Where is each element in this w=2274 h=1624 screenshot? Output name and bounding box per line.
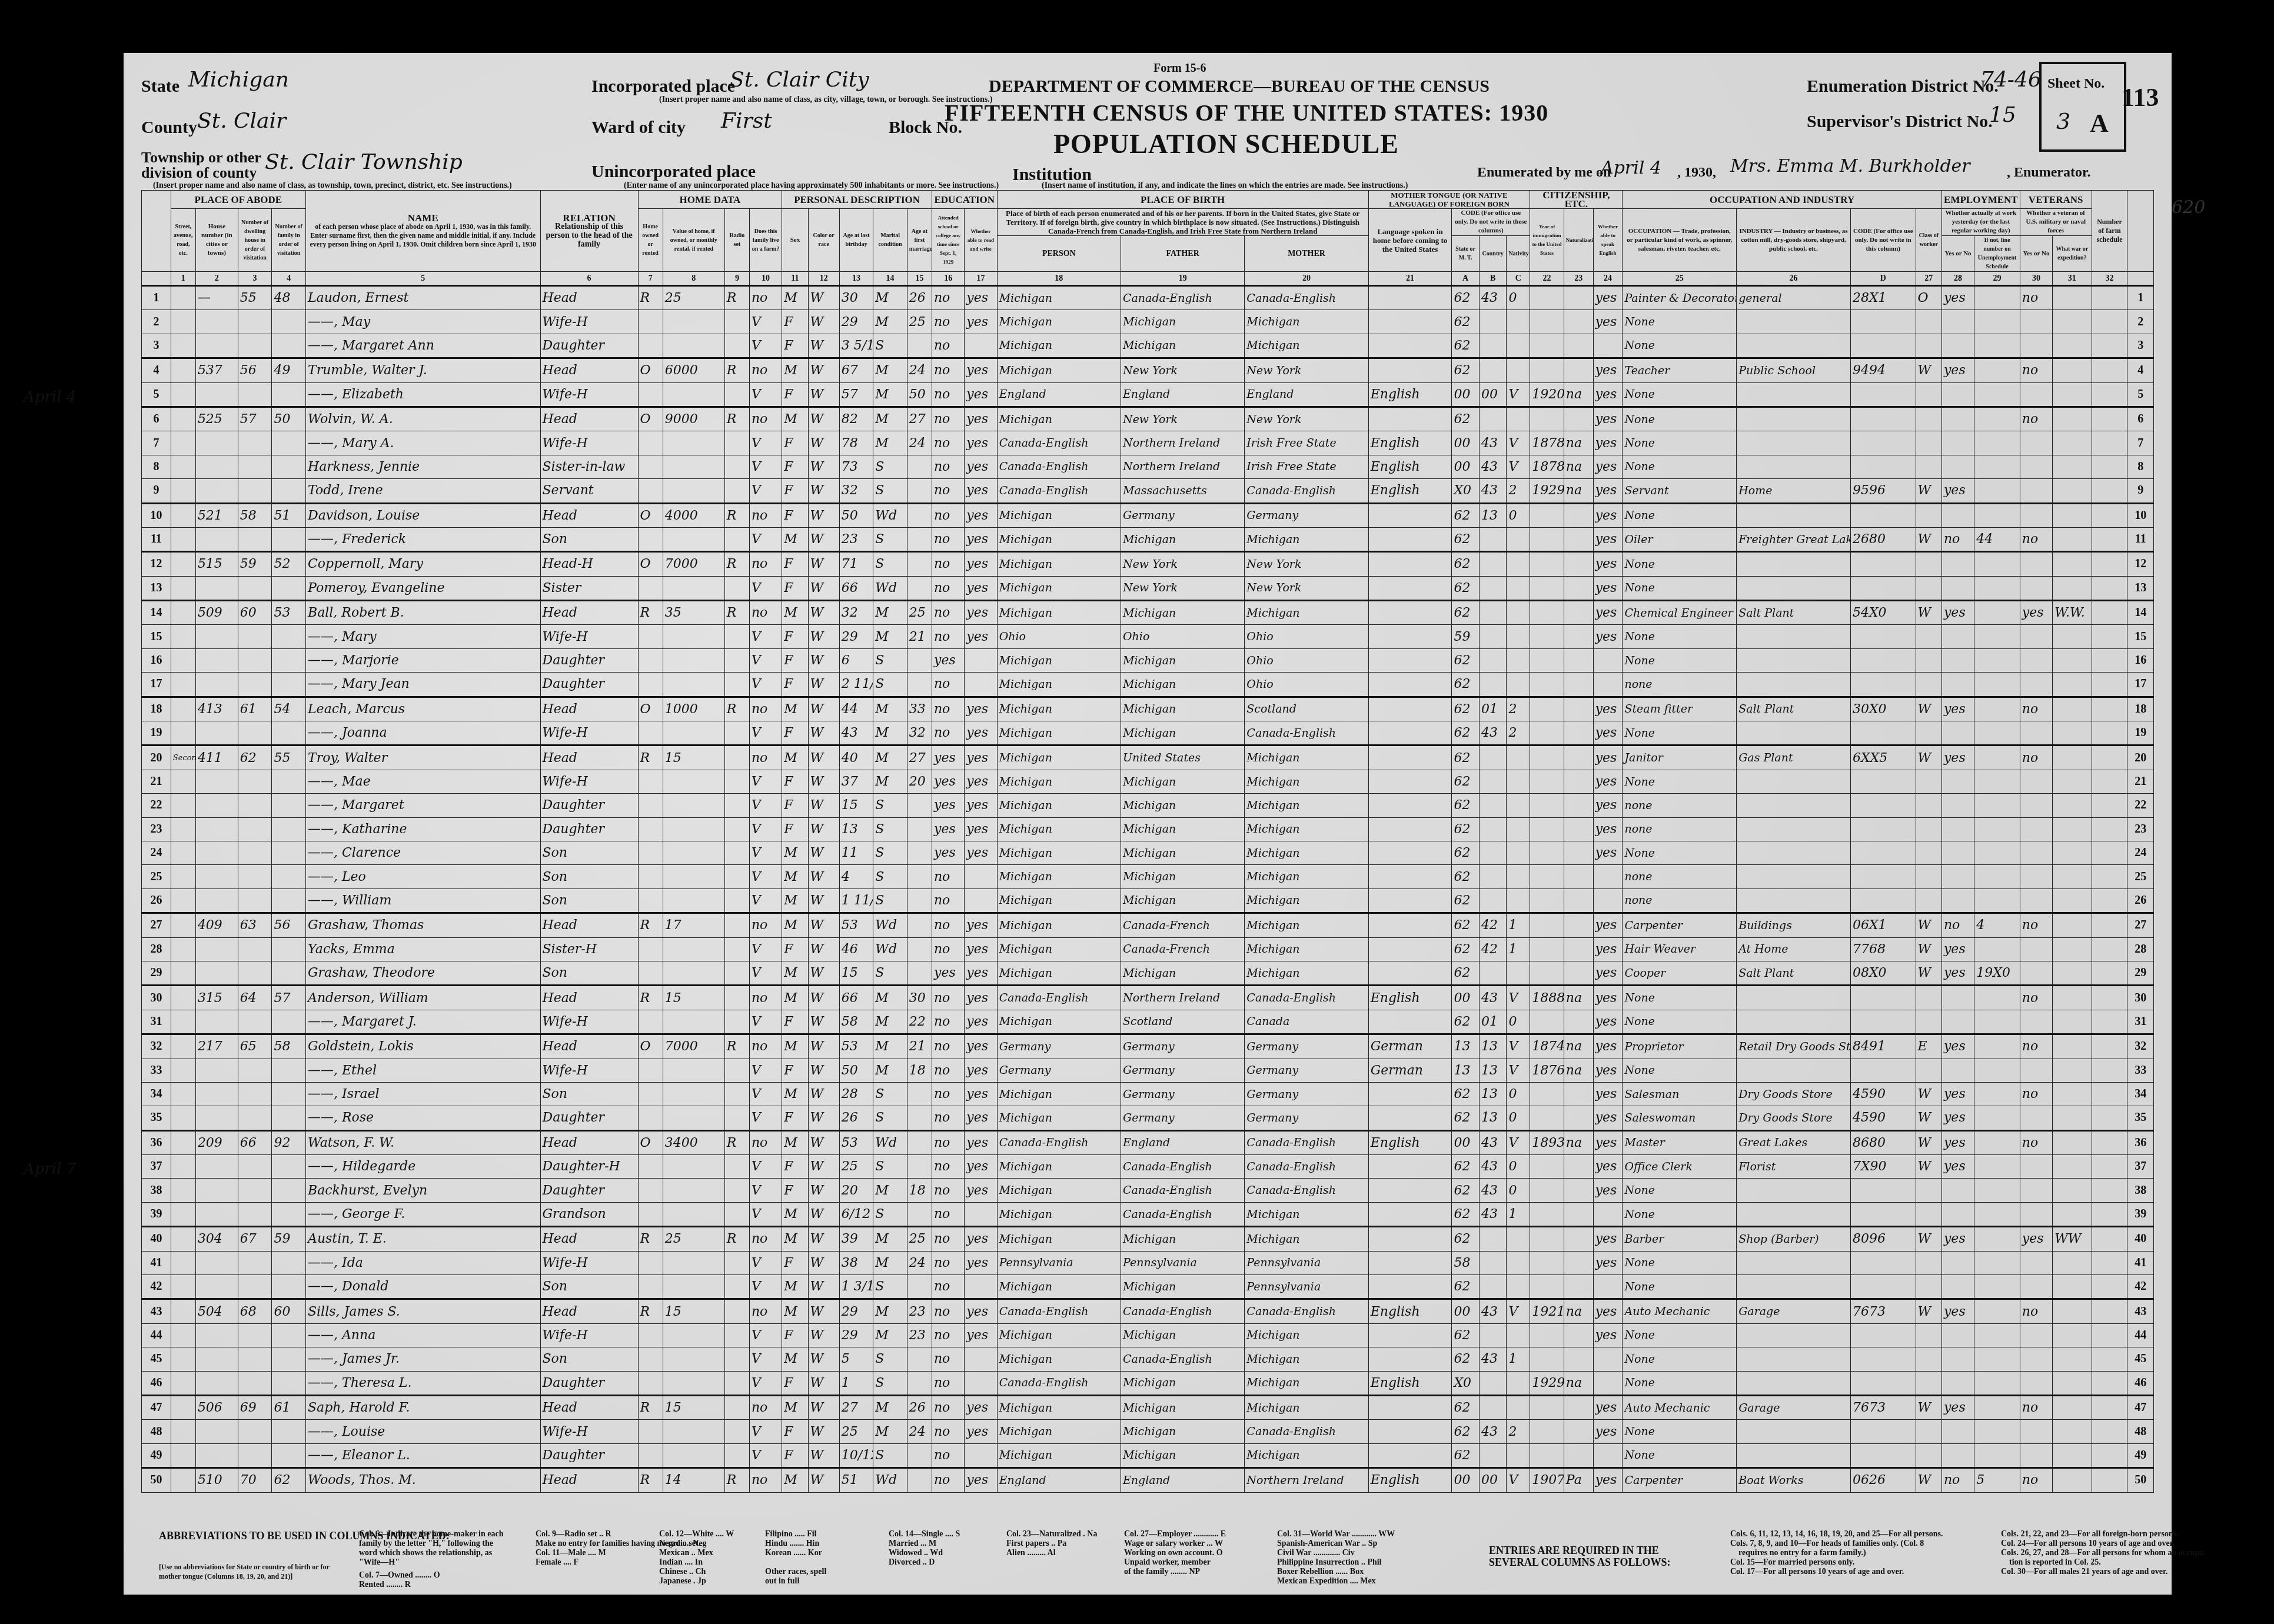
birthplace-cell: England bbox=[997, 382, 1121, 407]
at-work-cell bbox=[1941, 1443, 1974, 1467]
at-work-cell: yes bbox=[1941, 286, 1974, 310]
age-at-marriage-cell: 26 bbox=[907, 286, 932, 310]
immigration-year-cell: 1929 bbox=[1530, 479, 1564, 503]
read-write-cell bbox=[965, 888, 997, 913]
race-cell: W bbox=[808, 673, 839, 697]
code-c-cell bbox=[1507, 865, 1530, 888]
house-number-cell bbox=[195, 1179, 238, 1202]
industry-cell: Home bbox=[1737, 479, 1851, 503]
speaks-english-cell: yes bbox=[1593, 1395, 1623, 1419]
farm-schedule-cell bbox=[2092, 841, 2127, 864]
person-name-cell: ——, Theresa L. bbox=[306, 1371, 541, 1395]
code-a-cell: 62 bbox=[1452, 1082, 1479, 1106]
class-of-worker-cell bbox=[1916, 888, 1941, 913]
line-number: 30 bbox=[142, 986, 171, 1010]
street-cell bbox=[171, 721, 195, 746]
code-d-cell: 54X0 bbox=[1850, 601, 1916, 625]
read-write-cell: yes bbox=[965, 697, 997, 721]
house-number-cell: 209 bbox=[195, 1130, 238, 1154]
age-at-marriage-cell bbox=[907, 1082, 932, 1106]
radio-cell bbox=[724, 527, 749, 551]
birthplace-cell: Michigan bbox=[997, 1323, 1121, 1347]
farm-cell: no bbox=[749, 1395, 782, 1419]
age-at-marriage-cell: 22 bbox=[907, 1010, 932, 1034]
code-b-cell bbox=[1479, 865, 1506, 888]
census-row: 5——, ElizabethWife-HVFW57M50noyesEngland… bbox=[142, 382, 2154, 407]
unemployment-line-cell bbox=[1974, 358, 2020, 382]
age-cell: 15 bbox=[839, 794, 873, 817]
township-label: Township or other division of county bbox=[141, 150, 277, 181]
mother-birthplace-cell: Germany bbox=[1245, 1082, 1368, 1106]
language-cell bbox=[1368, 527, 1452, 551]
age-cell: 82 bbox=[839, 407, 873, 431]
family-number-cell bbox=[272, 1443, 306, 1467]
birthplace-cell: Michigan bbox=[997, 1106, 1121, 1130]
age-cell: 6 bbox=[839, 648, 873, 672]
speaks-english-cell: yes bbox=[1593, 986, 1623, 1010]
census-row: 26——, WilliamSonVMW1 11/12SnoMichiganMic… bbox=[142, 888, 2154, 913]
school-cell: no bbox=[932, 1395, 964, 1419]
unemployment-line-cell: 5 bbox=[1974, 1468, 2020, 1492]
read-write-cell: yes bbox=[965, 961, 997, 985]
dwelling-number-cell bbox=[238, 1371, 272, 1395]
school-cell: no bbox=[932, 1106, 964, 1130]
home-value-cell bbox=[663, 648, 724, 672]
marital-cell: M bbox=[873, 721, 907, 746]
immigration-year-cell bbox=[1530, 334, 1564, 358]
birthplace-cell: Michigan bbox=[997, 937, 1121, 961]
age-cell: 30 bbox=[839, 286, 873, 310]
relation-cell: Sister-H bbox=[540, 937, 638, 961]
birthplace-cell: Michigan bbox=[997, 794, 1121, 817]
industry-cell: general bbox=[1737, 286, 1851, 310]
person-name-cell: Yacks, Emma bbox=[306, 937, 541, 961]
immigration-year-cell: 1921 bbox=[1530, 1299, 1564, 1323]
mother-birthplace-cell: Michigan bbox=[1245, 913, 1368, 937]
col-naturalization-header: Naturalization bbox=[1564, 209, 1593, 272]
line-number: 9 bbox=[142, 479, 171, 503]
person-name-cell: ——, Leo bbox=[306, 865, 541, 888]
code-c-cell bbox=[1507, 673, 1530, 697]
speaks-english-cell: yes bbox=[1593, 1059, 1623, 1082]
industry-cell bbox=[1737, 407, 1851, 431]
code-b-cell bbox=[1479, 576, 1506, 600]
street-cell bbox=[171, 888, 195, 913]
read-write-cell: yes bbox=[965, 455, 997, 478]
naturalization-cell: na bbox=[1564, 1059, 1593, 1082]
veteran-cell bbox=[2020, 888, 2052, 913]
war-cell bbox=[2053, 865, 2092, 888]
column-number: 7 bbox=[638, 272, 663, 286]
census-row: 35——, RoseDaughterVFW26SnoyesMichiganGer… bbox=[142, 1106, 2154, 1130]
birthplace-cell: Canada-English bbox=[997, 1371, 1121, 1395]
age-at-marriage-cell: 25 bbox=[907, 310, 932, 334]
census-row: 25——, LeoSonVMW4SnoMichiganMichiganMichi… bbox=[142, 865, 2154, 888]
house-number-cell bbox=[195, 1347, 238, 1371]
person-name-cell: ——, Frederick bbox=[306, 527, 541, 551]
owned-rented-cell: R bbox=[638, 1299, 663, 1323]
farm-schedule-cell bbox=[2092, 1130, 2127, 1154]
read-write-cell: yes bbox=[965, 1034, 997, 1059]
house-number-cell bbox=[195, 1275, 238, 1299]
read-write-cell: yes bbox=[965, 407, 997, 431]
occupation-cell: None bbox=[1623, 1202, 1737, 1226]
marital-cell: S bbox=[873, 479, 907, 503]
dwelling-number-cell bbox=[238, 648, 272, 672]
birthplace-cell: Michigan bbox=[997, 648, 1121, 672]
age-at-marriage-cell bbox=[907, 334, 932, 358]
unemployment-line-cell bbox=[1974, 1010, 2020, 1034]
naturalization-cell: na bbox=[1564, 1034, 1593, 1059]
occupation-cell: none bbox=[1623, 888, 1737, 913]
school-cell: yes bbox=[932, 746, 964, 770]
farm-cell: V bbox=[749, 1371, 782, 1395]
father-birthplace-cell: Canada-English bbox=[1121, 1347, 1245, 1371]
speaks-english-cell: yes bbox=[1593, 1155, 1623, 1179]
race-cell: W bbox=[808, 503, 839, 527]
code-c-cell bbox=[1507, 1395, 1530, 1419]
code-d-cell bbox=[1850, 334, 1916, 358]
street-cell bbox=[171, 625, 195, 648]
read-write-cell: yes bbox=[965, 1420, 997, 1443]
column-number bbox=[142, 272, 171, 286]
line-number-right: 50 bbox=[2127, 1468, 2154, 1492]
marital-cell: Wd bbox=[873, 937, 907, 961]
column-number: 17 bbox=[965, 272, 997, 286]
person-name-cell: ——, May bbox=[306, 310, 541, 334]
farm-cell: V bbox=[749, 1323, 782, 1347]
line-number-right: 35 bbox=[2127, 1106, 2154, 1130]
relation-cell: Wife-H bbox=[540, 382, 638, 407]
line-number: 32 bbox=[142, 1034, 171, 1059]
veteran-cell: no bbox=[2020, 986, 2052, 1010]
speaks-english-cell bbox=[1593, 648, 1623, 672]
birthplace-cell: Michigan bbox=[997, 817, 1121, 841]
footer-col7: Col. 7—Owned ........ O Rented ........ … bbox=[359, 1571, 440, 1590]
dwelling-number-cell bbox=[238, 794, 272, 817]
home-value-cell: 15 bbox=[663, 746, 724, 770]
farm-cell: no bbox=[749, 1468, 782, 1492]
radio-cell bbox=[724, 937, 749, 961]
war-cell bbox=[2053, 1251, 2092, 1274]
class-of-worker-cell bbox=[1916, 625, 1941, 648]
race-cell: W bbox=[808, 1155, 839, 1179]
veteran-cell bbox=[2020, 1010, 2052, 1034]
column-number: A bbox=[1452, 272, 1479, 286]
war-cell bbox=[2053, 382, 2092, 407]
dwelling-number-cell: 70 bbox=[238, 1468, 272, 1492]
code-b-cell bbox=[1479, 310, 1506, 334]
industry-cell bbox=[1737, 552, 1851, 576]
dwelling-number-cell: 65 bbox=[238, 1034, 272, 1059]
industry-cell bbox=[1737, 625, 1851, 648]
line-number-right: 37 bbox=[2127, 1155, 2154, 1179]
radio-cell bbox=[724, 817, 749, 841]
class-of-worker-cell bbox=[1916, 673, 1941, 697]
col-person-header: PERSON bbox=[997, 236, 1121, 272]
farm-cell: V bbox=[749, 310, 782, 334]
farm-cell: V bbox=[749, 1059, 782, 1082]
home-value-cell bbox=[663, 1371, 724, 1395]
father-birthplace-cell: England bbox=[1121, 1130, 1245, 1154]
code-note: CODE (For office use only. Do not write … bbox=[1452, 209, 1530, 236]
at-work-cell: yes bbox=[1941, 601, 1974, 625]
father-birthplace-cell: Germany bbox=[1121, 1082, 1245, 1106]
immigration-year-cell bbox=[1530, 310, 1564, 334]
family-number-cell bbox=[272, 1010, 306, 1034]
farm-schedule-cell bbox=[2092, 1202, 2127, 1226]
street-cell bbox=[171, 310, 195, 334]
code-b-cell: 43 bbox=[1479, 479, 1506, 503]
read-write-cell: yes bbox=[965, 527, 997, 551]
code-c-cell: 1 bbox=[1507, 1347, 1530, 1371]
industry-cell: Salt Plant bbox=[1737, 961, 1851, 985]
father-birthplace-cell: Michigan bbox=[1121, 794, 1245, 817]
language-cell bbox=[1368, 1251, 1452, 1274]
speaks-english-cell: yes bbox=[1593, 937, 1623, 961]
col-age-marriage-header: Age at first marriage bbox=[907, 209, 932, 272]
age-at-marriage-cell: 23 bbox=[907, 1299, 932, 1323]
farm-cell: no bbox=[749, 1227, 782, 1251]
enumerator-label: , Enumerator. bbox=[2007, 165, 2090, 181]
war-cell bbox=[2053, 961, 2092, 985]
census-row: 17——, Mary JeanDaughterVFW2 11/12SnoMich… bbox=[142, 673, 2154, 697]
industry-cell bbox=[1737, 1420, 1851, 1443]
house-number-cell bbox=[195, 1371, 238, 1395]
street-cell bbox=[171, 1323, 195, 1347]
owned-rented-cell bbox=[638, 794, 663, 817]
code-d-cell bbox=[1850, 794, 1916, 817]
immigration-year-cell bbox=[1530, 817, 1564, 841]
war-cell bbox=[2053, 334, 2092, 358]
code-a-cell: 62 bbox=[1452, 1347, 1479, 1371]
birthplace-cell: Michigan bbox=[997, 1155, 1121, 1179]
unemployment-line-cell bbox=[1974, 310, 2020, 334]
veteran-cell bbox=[2020, 334, 2052, 358]
house-number-cell: 504 bbox=[195, 1299, 238, 1323]
farm-cell: V bbox=[749, 794, 782, 817]
line-number-right: 19 bbox=[2127, 721, 2154, 746]
age-cell: 23 bbox=[839, 527, 873, 551]
code-a-cell: 62 bbox=[1452, 527, 1479, 551]
class-of-worker-cell: W bbox=[1916, 913, 1941, 937]
unemployment-line-cell bbox=[1974, 1275, 2020, 1299]
code-a-cell: 62 bbox=[1452, 721, 1479, 746]
race-cell: W bbox=[808, 601, 839, 625]
column-number: 4 bbox=[272, 272, 306, 286]
farm-schedule-cell bbox=[2092, 1299, 2127, 1323]
sex-cell: F bbox=[782, 455, 808, 478]
street-cell bbox=[171, 1227, 195, 1251]
person-name-cell: ——, Margaret bbox=[306, 794, 541, 817]
column-number: 2 bbox=[195, 272, 238, 286]
column-number: D bbox=[1850, 272, 1916, 286]
farm-schedule-cell bbox=[2092, 1059, 2127, 1082]
street-cell bbox=[171, 1059, 195, 1082]
immigration-year-cell bbox=[1530, 1010, 1564, 1034]
relation-cell: Wife-H bbox=[540, 1059, 638, 1082]
naturalization-cell bbox=[1564, 527, 1593, 551]
census-row: 44——, AnnaWife-HVFW29M23noyesMichiganMic… bbox=[142, 1323, 2154, 1347]
county-label: County bbox=[141, 118, 197, 138]
language-cell bbox=[1368, 913, 1452, 937]
sex-cell: F bbox=[782, 552, 808, 576]
line-number-right: 12 bbox=[2127, 552, 2154, 576]
code-a-cell: 62 bbox=[1452, 746, 1479, 770]
code-a-cell: 62 bbox=[1452, 961, 1479, 985]
war-cell bbox=[2053, 1395, 2092, 1419]
code-c-cell: V bbox=[1507, 1468, 1530, 1492]
person-name-cell: Troy, Walter bbox=[306, 746, 541, 770]
dwelling-number-cell bbox=[238, 455, 272, 478]
birthplace-cell: Michigan bbox=[997, 1395, 1121, 1419]
code-c-cell: 2 bbox=[1507, 479, 1530, 503]
sheet-label: Sheet No. bbox=[2047, 76, 2105, 92]
father-birthplace-cell: Michigan bbox=[1121, 601, 1245, 625]
code-c-cell bbox=[1507, 1371, 1530, 1395]
class-of-worker-cell: W bbox=[1916, 1299, 1941, 1323]
farm-schedule-cell bbox=[2092, 1251, 2127, 1274]
speaks-english-cell: yes bbox=[1593, 576, 1623, 600]
radio-cell bbox=[724, 334, 749, 358]
school-cell: no bbox=[932, 1275, 964, 1299]
farm-schedule-cell bbox=[2092, 1395, 2127, 1419]
owned-rented-cell: R bbox=[638, 601, 663, 625]
code-d-cell bbox=[1850, 865, 1916, 888]
home-value-cell bbox=[663, 1323, 724, 1347]
line-number-right: 14 bbox=[2127, 601, 2154, 625]
radio-cell: R bbox=[724, 1468, 749, 1492]
veterans-note: Whether a veteran of U.S. military or na… bbox=[2020, 209, 2092, 236]
birthplace-cell: Canada-English bbox=[997, 1299, 1121, 1323]
footer-col31: Col. 31—World War ............ WW Spanis… bbox=[1277, 1530, 1395, 1586]
veteran-cell: no bbox=[2020, 1034, 2052, 1059]
race-cell: W bbox=[808, 1420, 839, 1443]
radio-cell bbox=[724, 794, 749, 817]
line-number-right: 31 bbox=[2127, 1010, 2154, 1034]
farm-cell: no bbox=[749, 358, 782, 382]
line-number: 31 bbox=[142, 1010, 171, 1034]
code-b-cell: 00 bbox=[1479, 1468, 1506, 1492]
industry-cell bbox=[1737, 865, 1851, 888]
person-name-cell: ——, Rose bbox=[306, 1106, 541, 1130]
radio-cell: R bbox=[724, 552, 749, 576]
house-number-cell bbox=[195, 310, 238, 334]
age-cell: 46 bbox=[839, 937, 873, 961]
dwelling-number-cell bbox=[238, 841, 272, 864]
radio-cell bbox=[724, 961, 749, 985]
mother-birthplace-cell: New York bbox=[1245, 576, 1368, 600]
age-at-marriage-cell bbox=[907, 1443, 932, 1467]
language-cell bbox=[1368, 1395, 1452, 1419]
line-number-right: 21 bbox=[2127, 770, 2154, 793]
father-birthplace-cell: United States bbox=[1121, 746, 1245, 770]
farm-cell: no bbox=[749, 1034, 782, 1059]
farm-cell: V bbox=[749, 648, 782, 672]
column-number: C bbox=[1507, 272, 1530, 286]
farm-schedule-cell bbox=[2092, 576, 2127, 600]
age-cell: 29 bbox=[839, 310, 873, 334]
relation-cell: Son bbox=[540, 961, 638, 985]
dwelling-number-cell bbox=[238, 310, 272, 334]
school-cell: no bbox=[932, 1034, 964, 1059]
owned-rented-cell bbox=[638, 1443, 663, 1467]
school-cell: no bbox=[932, 1420, 964, 1443]
naturalization-cell bbox=[1564, 865, 1593, 888]
owned-rented-cell bbox=[638, 1323, 663, 1347]
line-number: 4 bbox=[142, 358, 171, 382]
veteran-cell bbox=[2020, 310, 2052, 334]
enumeration-district-label: Enumeration District No. bbox=[1807, 76, 1999, 96]
father-birthplace-cell: Canada-English bbox=[1121, 286, 1245, 310]
relation-cell: Head bbox=[540, 601, 638, 625]
abbrev-note: [Use no abbreviations for State or count… bbox=[159, 1562, 335, 1581]
relation-cell: Daughter bbox=[540, 648, 638, 672]
farm-schedule-cell bbox=[2092, 937, 2127, 961]
speaks-english-cell: yes bbox=[1593, 407, 1623, 431]
column-number: 27 bbox=[1916, 272, 1941, 286]
census-row: 125155952Coppernoll, MaryHead-HO7000RnoF… bbox=[142, 552, 2154, 576]
line-number-right: 48 bbox=[2127, 1420, 2154, 1443]
immigration-year-cell bbox=[1530, 1179, 1564, 1202]
class-of-worker-cell bbox=[1916, 794, 1941, 817]
code-b-cell: 43 bbox=[1479, 1299, 1506, 1323]
code-c-cell bbox=[1507, 552, 1530, 576]
dwelling-number-cell bbox=[238, 1155, 272, 1179]
census-table: PLACE OF ABODE NAMEof each person whose … bbox=[141, 190, 2154, 1493]
code-d-cell bbox=[1850, 310, 1916, 334]
birthplace-cell: Michigan bbox=[997, 601, 1121, 625]
sex-cell: M bbox=[782, 841, 808, 864]
immigration-year-cell bbox=[1530, 1251, 1564, 1274]
sex-cell: M bbox=[782, 1347, 808, 1371]
line-number: 6 bbox=[142, 407, 171, 431]
father-birthplace-cell: Michigan bbox=[1121, 527, 1245, 551]
relation-cell: Son bbox=[540, 527, 638, 551]
person-name-cell: Watson, F. W. bbox=[306, 1130, 541, 1154]
home-value-cell bbox=[663, 1059, 724, 1082]
family-number-cell bbox=[272, 794, 306, 817]
code-c-cell: V bbox=[1507, 1299, 1530, 1323]
farm-cell: V bbox=[749, 527, 782, 551]
read-write-cell bbox=[965, 1202, 997, 1226]
stamped-page-number: 113 bbox=[2122, 82, 2159, 112]
class-of-worker-cell: W bbox=[1916, 601, 1941, 625]
code-a-cell: 62 bbox=[1452, 334, 1479, 358]
line-number-right: 41 bbox=[2127, 1251, 2154, 1274]
school-cell: no bbox=[932, 721, 964, 746]
school-cell: yes bbox=[932, 841, 964, 864]
mother-birthplace-cell: Ohio bbox=[1245, 648, 1368, 672]
code-a-cell: 62 bbox=[1452, 648, 1479, 672]
code-b-cell: 43 bbox=[1479, 986, 1506, 1010]
read-write-cell: yes bbox=[965, 1082, 997, 1106]
war-cell bbox=[2053, 841, 2092, 864]
relation-cell: Daughter bbox=[540, 334, 638, 358]
code-b-cell: 43 bbox=[1479, 1179, 1506, 1202]
mother-birthplace-cell: Michigan bbox=[1245, 888, 1368, 913]
mother-birthplace-cell: Germany bbox=[1245, 503, 1368, 527]
person-name-cell: Sills, James S. bbox=[306, 1299, 541, 1323]
radio-cell bbox=[724, 1443, 749, 1467]
radio-cell bbox=[724, 1395, 749, 1419]
farm-schedule-cell bbox=[2092, 721, 2127, 746]
home-value-cell: 4000 bbox=[663, 503, 724, 527]
col-family-header: Number of family in order of visitation bbox=[272, 209, 306, 272]
naturalization-cell bbox=[1564, 1202, 1593, 1226]
birthplace-cell: Germany bbox=[997, 1034, 1121, 1059]
code-b-cell: 13 bbox=[1479, 1059, 1506, 1082]
